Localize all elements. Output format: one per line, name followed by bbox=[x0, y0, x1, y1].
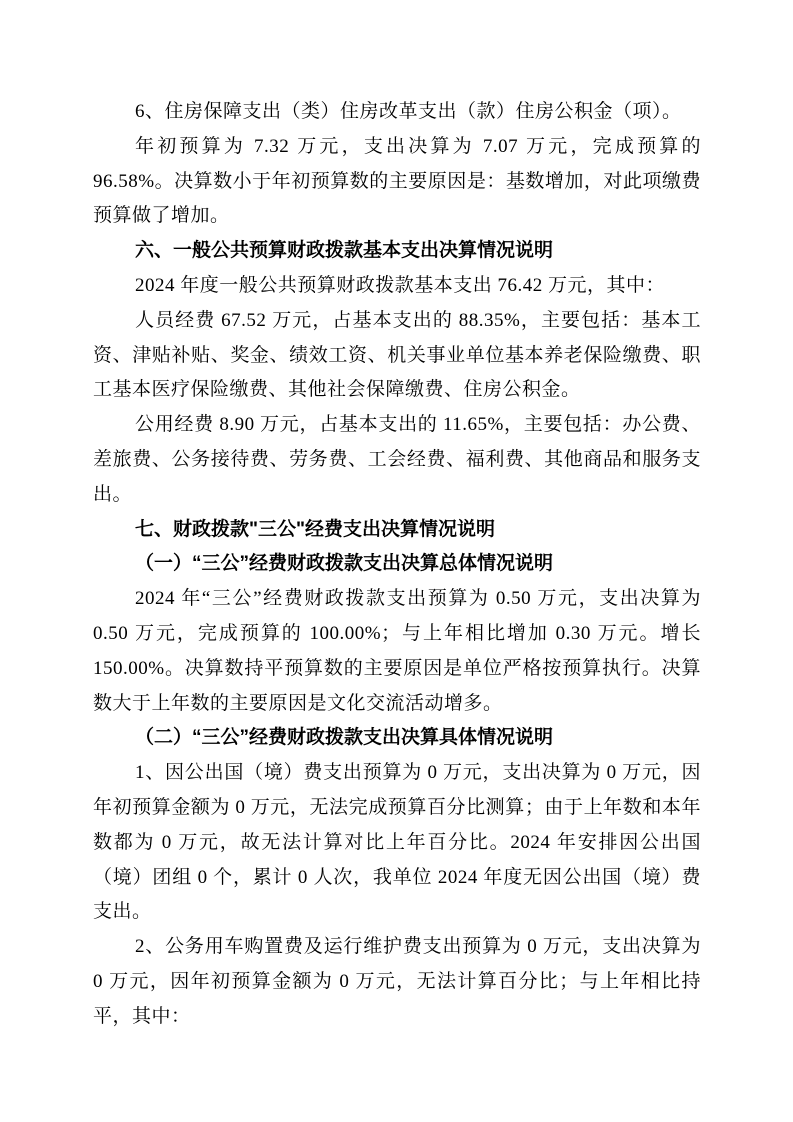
document-page: 6、住房保障支出（类）住房改革支出（款）住房公积金（项）。 年初预算为 7.32… bbox=[0, 0, 793, 1122]
heading-section-six-basic-expenditure: 六、一般公共预算财政拨款基本支出决算情况说明 bbox=[93, 234, 701, 269]
heading-subsection-two-details: （二）“三公”经费财政拨款支出决算具体情况说明 bbox=[93, 721, 701, 756]
paragraph-three-public-overview: 2024 年“三公”经费财政拨款支出预算为 0.50 万元，支出决算为 0.50… bbox=[93, 582, 701, 721]
document-content: 6、住房保障支出（类）住房改革支出（款）住房公积金（项）。 年初预算为 7.32… bbox=[93, 95, 701, 1035]
paragraph-abroad-expense: 1、因公出国（境）费支出预算为 0 万元，支出决算为 0 万元，因年初预算金额为… bbox=[93, 756, 701, 930]
paragraph-public-funds: 公用经费 8.90 万元，占基本支出的 11.65%，主要包括：办公费、差旅费、… bbox=[93, 408, 701, 512]
heading-subsection-one-overview: （一）“三公”经费财政拨款支出决算总体情况说明 bbox=[93, 547, 701, 582]
paragraph-item6-housing-subject: 6、住房保障支出（类）住房改革支出（款）住房公积金（项）。 bbox=[93, 95, 701, 130]
paragraph-basic-expenditure-total: 2024 年度一般公共预算财政拨款基本支出 76.42 万元，其中： bbox=[93, 269, 701, 304]
paragraph-personnel-funds: 人员经费 67.52 万元，占基本支出的 88.35%，主要包括：基本工资、津贴… bbox=[93, 304, 701, 408]
heading-section-seven-three-public: 七、财政拨款"三公"经费支出决算情况说明 bbox=[93, 513, 701, 548]
paragraph-official-vehicle-expense: 2、公务用车购置费及运行维护费支出预算为 0 万元，支出决算为 0 万元，因年初… bbox=[93, 930, 701, 1034]
paragraph-housing-budget-detail: 年初预算为 7.32 万元，支出决算为 7.07 万元，完成预算的 96.58%… bbox=[93, 130, 701, 234]
